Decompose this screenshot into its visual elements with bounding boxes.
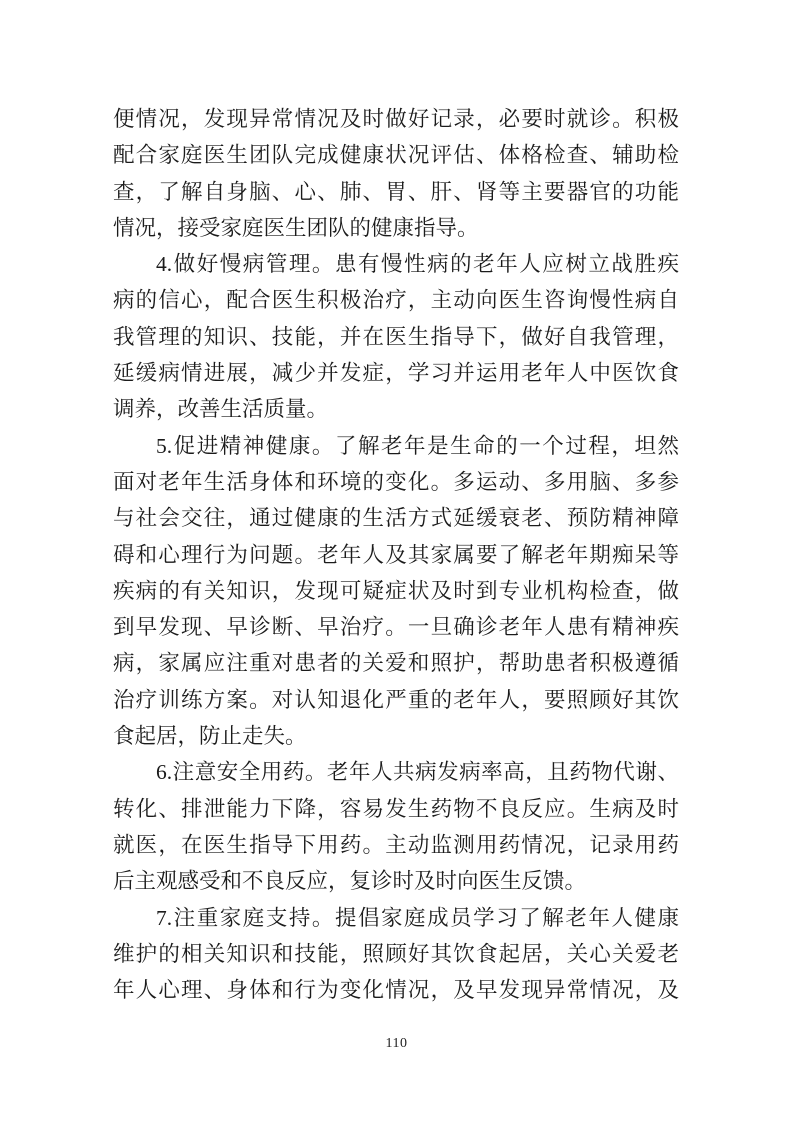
text-line: 治疗训练方案。对认知退化严重的老年人，要照顾好其饮: [113, 682, 679, 718]
text-line: 转化、排泄能力下降，容易发生药物不良反应。生病及时: [113, 791, 679, 827]
text-line: 碍和心理行为问题。老年人及其家属要了解老年期痴呆等: [113, 537, 679, 573]
text-line: 维护的相关知识和技能，照顾好其饮食起居，关心关爱老: [113, 936, 679, 972]
text-line: 到早发现、早诊断、早治疗。一旦确诊老年人患有精神疾: [113, 609, 679, 645]
text-line: 就医，在医生指导下用药。主动监测用药情况，记录用药: [113, 827, 679, 863]
text-line: 4.做好慢病管理。患有慢性病的老年人应树立战胜疾: [113, 246, 679, 282]
text-line: 疾病的有关知识，发现可疑症状及时到专业机构检查，做: [113, 573, 679, 609]
text-line: 与社会交往，通过健康的生活方式延缓衰老、预防精神障: [113, 500, 679, 536]
text-line: 病的信心，配合医生积极治疗，主动向医生咨询慢性病自: [113, 282, 679, 318]
text-line: 年人心理、身体和行为变化情况，及早发现异常情况，及: [113, 972, 679, 1008]
text-line: 调养，改善生活质量。: [113, 391, 679, 427]
text-line: 面对老年生活身体和环境的变化。多运动、多用脑、多参: [113, 464, 679, 500]
text-line: 食起居，防止走失。: [113, 718, 679, 754]
document-text: 便情况，发现异常情况及时做好记录，必要时就诊。积极配合家庭医生团队完成健康状况评…: [113, 101, 679, 1008]
text-line: 7.注重家庭支持。提倡家庭成员学习了解老年人健康: [113, 900, 679, 936]
text-line: 查，了解自身脑、心、肺、胃、肝、肾等主要器官的功能: [113, 174, 679, 210]
text-line: 便情况，发现异常情况及时做好记录，必要时就诊。积极: [113, 101, 679, 137]
text-line: 我管理的知识、技能，并在医生指导下，做好自我管理，: [113, 319, 679, 355]
text-line: 病，家属应注重对患者的关爱和照护，帮助患者积极遵循: [113, 645, 679, 681]
text-line: 5.促进精神健康。了解老年是生命的一个过程，坦然: [113, 428, 679, 464]
text-line: 6.注意安全用药。老年人共病发病率高，且药物代谢、: [113, 754, 679, 790]
text-line: 情况，接受家庭医生团队的健康指导。: [113, 210, 679, 246]
document-page: 便情况，发现异常情况及时做好记录，必要时就诊。积极配合家庭医生团队完成健康状况评…: [0, 0, 793, 1122]
page-number: 110: [0, 1036, 793, 1052]
text-line: 延缓病情进展，减少并发症，学习并运用老年人中医饮食: [113, 355, 679, 391]
text-line: 配合家庭医生团队完成健康状况评估、体格检查、辅助检: [113, 137, 679, 173]
text-line: 后主观感受和不良反应，复诊时及时向医生反馈。: [113, 863, 679, 899]
